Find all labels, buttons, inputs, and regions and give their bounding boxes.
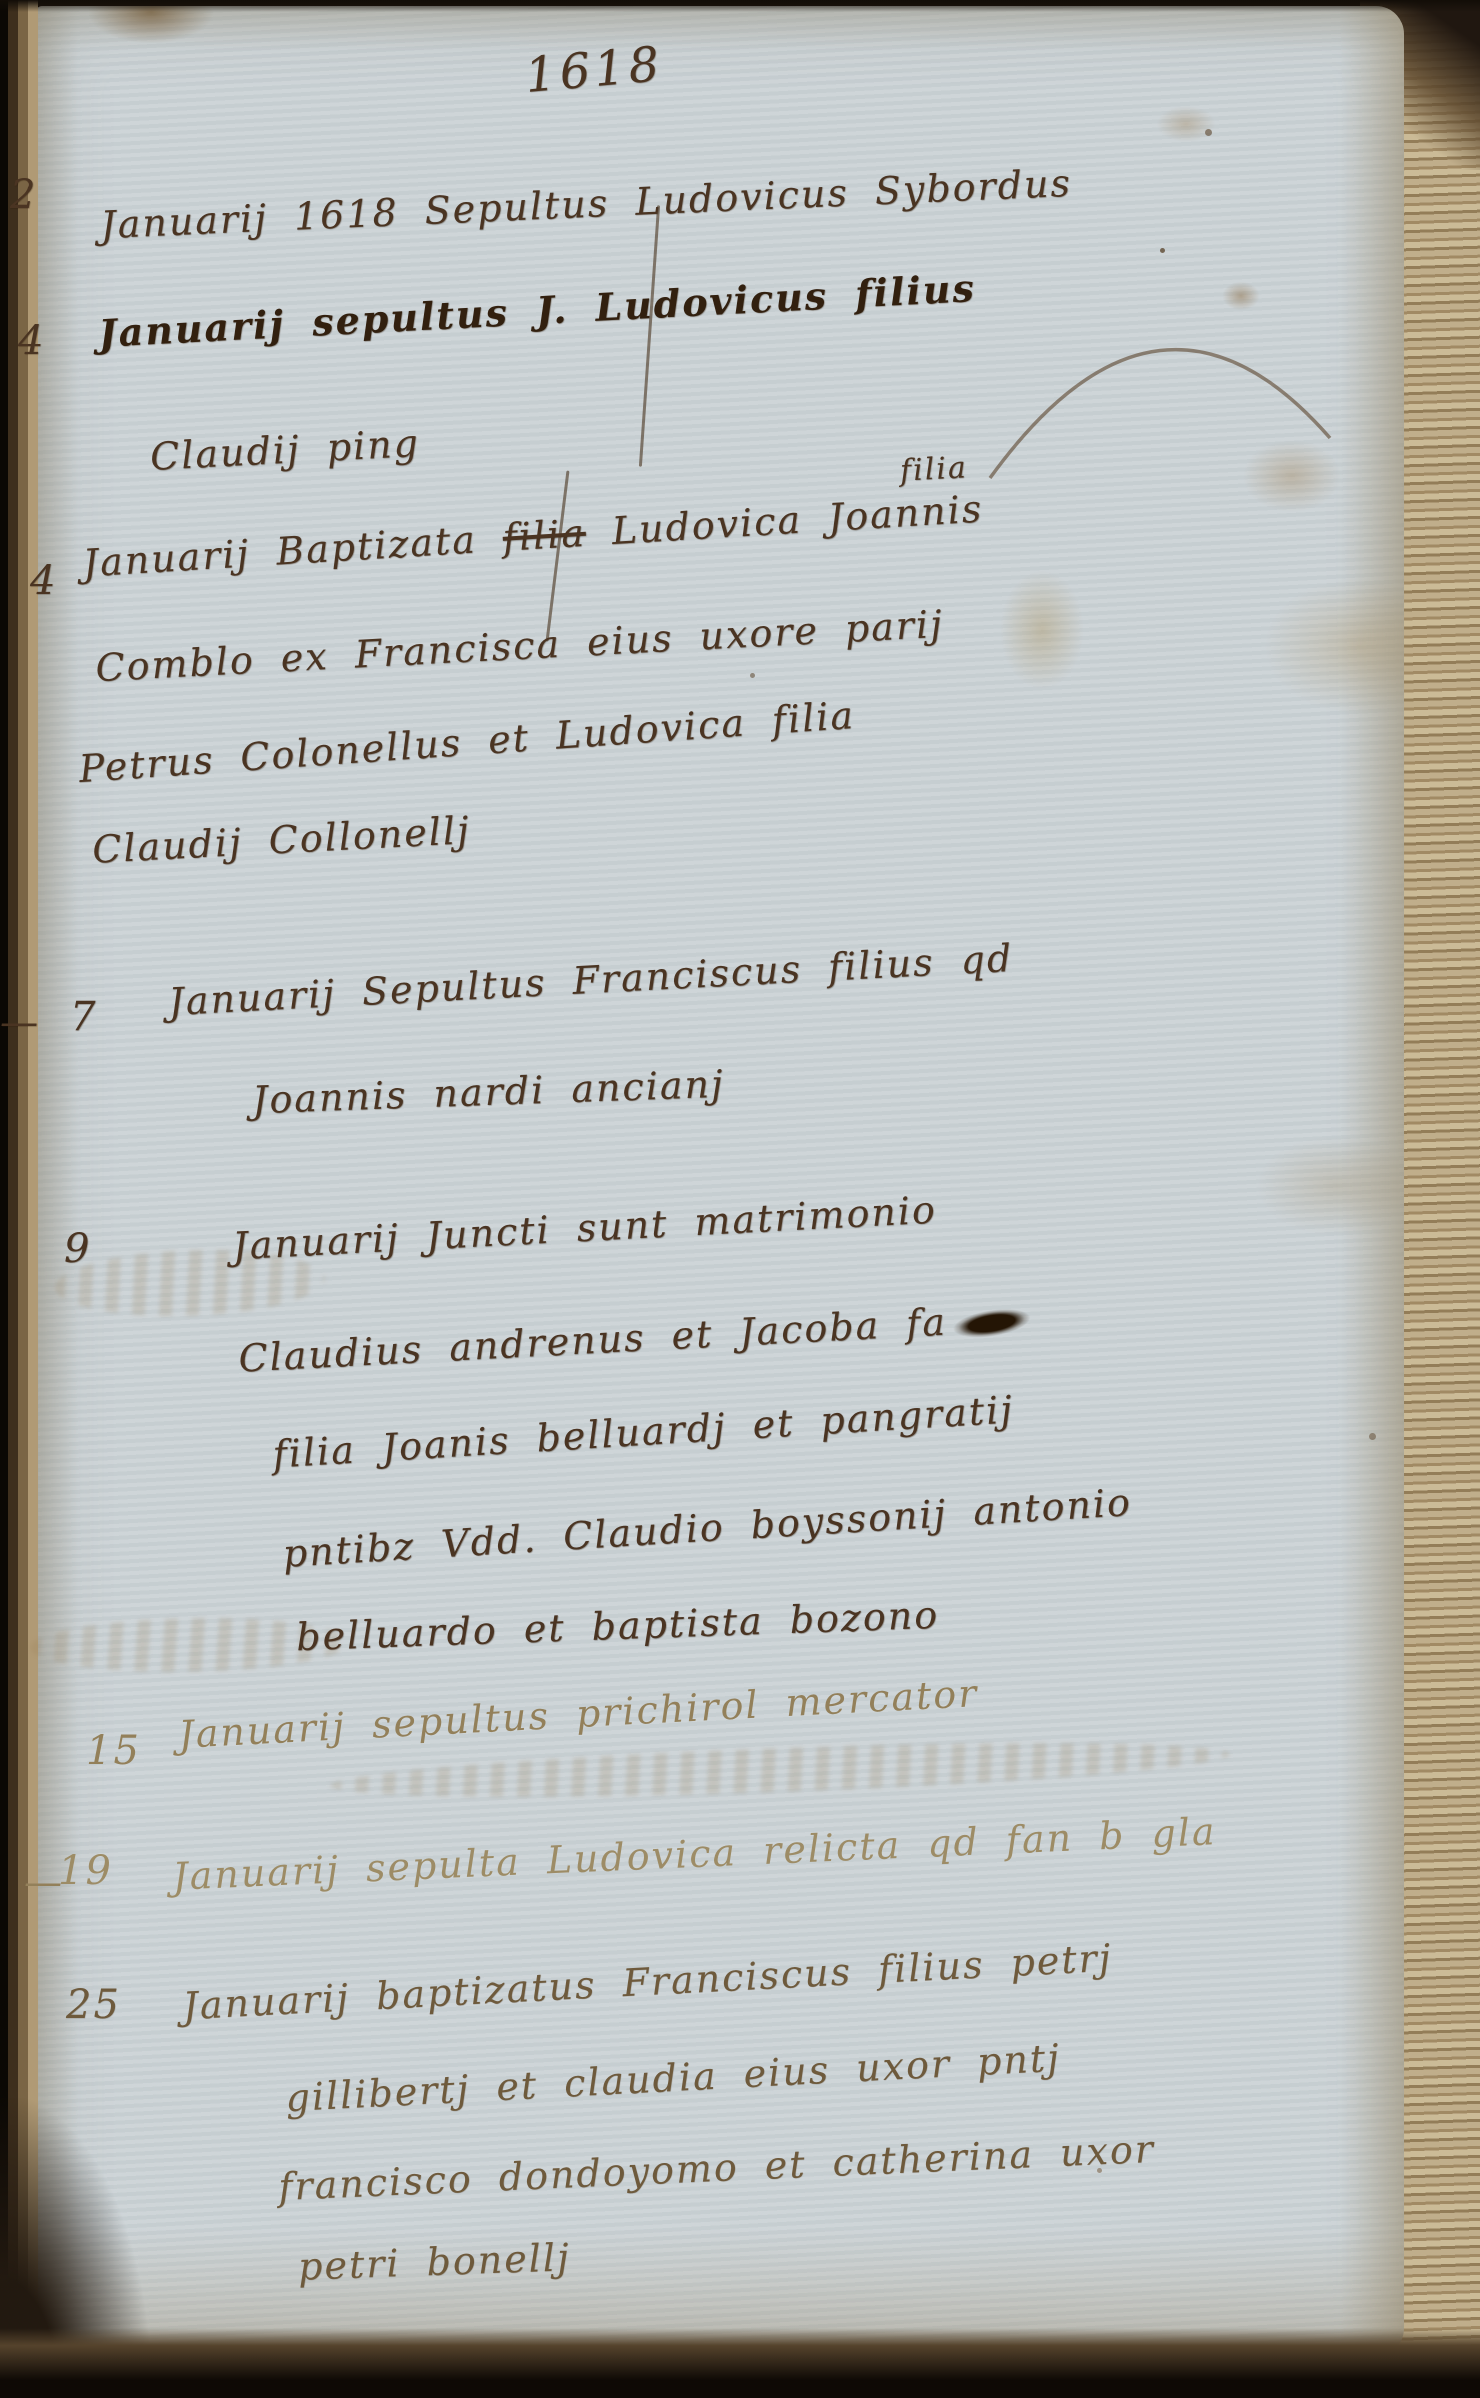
ink-specks xyxy=(1160,248,1165,253)
pen-flourish xyxy=(980,288,1340,488)
entry-2-margin-number: 4 xyxy=(18,318,45,364)
entry-3-line-1-struck-word: filia xyxy=(501,511,587,560)
manuscript-photo: 1618 2 Januarij 1618 Sepultus Ludovicus … xyxy=(0,0,1480,2398)
entry-8-margin-number: 25 xyxy=(66,1982,121,2028)
year-heading: 1618 xyxy=(523,36,666,104)
entry-4-margin-number: 7 xyxy=(70,994,97,1040)
entry-1-margin-number: 2 xyxy=(10,172,37,218)
margin-dash: — xyxy=(0,1000,40,1044)
entry-3-margin-number: 4 xyxy=(30,558,57,604)
book-cover-bottom-edge xyxy=(0,2328,1480,2398)
photo-edge-top xyxy=(0,0,1480,12)
entry-6-margin-number: 15 xyxy=(86,1728,141,1774)
ink-blot xyxy=(951,1304,1032,1342)
entry-3-interlinear-correction: filia xyxy=(899,450,969,488)
entry-5-margin-number: 9 xyxy=(64,1226,91,1272)
entry-7-margin-number: 19 xyxy=(58,1848,113,1894)
